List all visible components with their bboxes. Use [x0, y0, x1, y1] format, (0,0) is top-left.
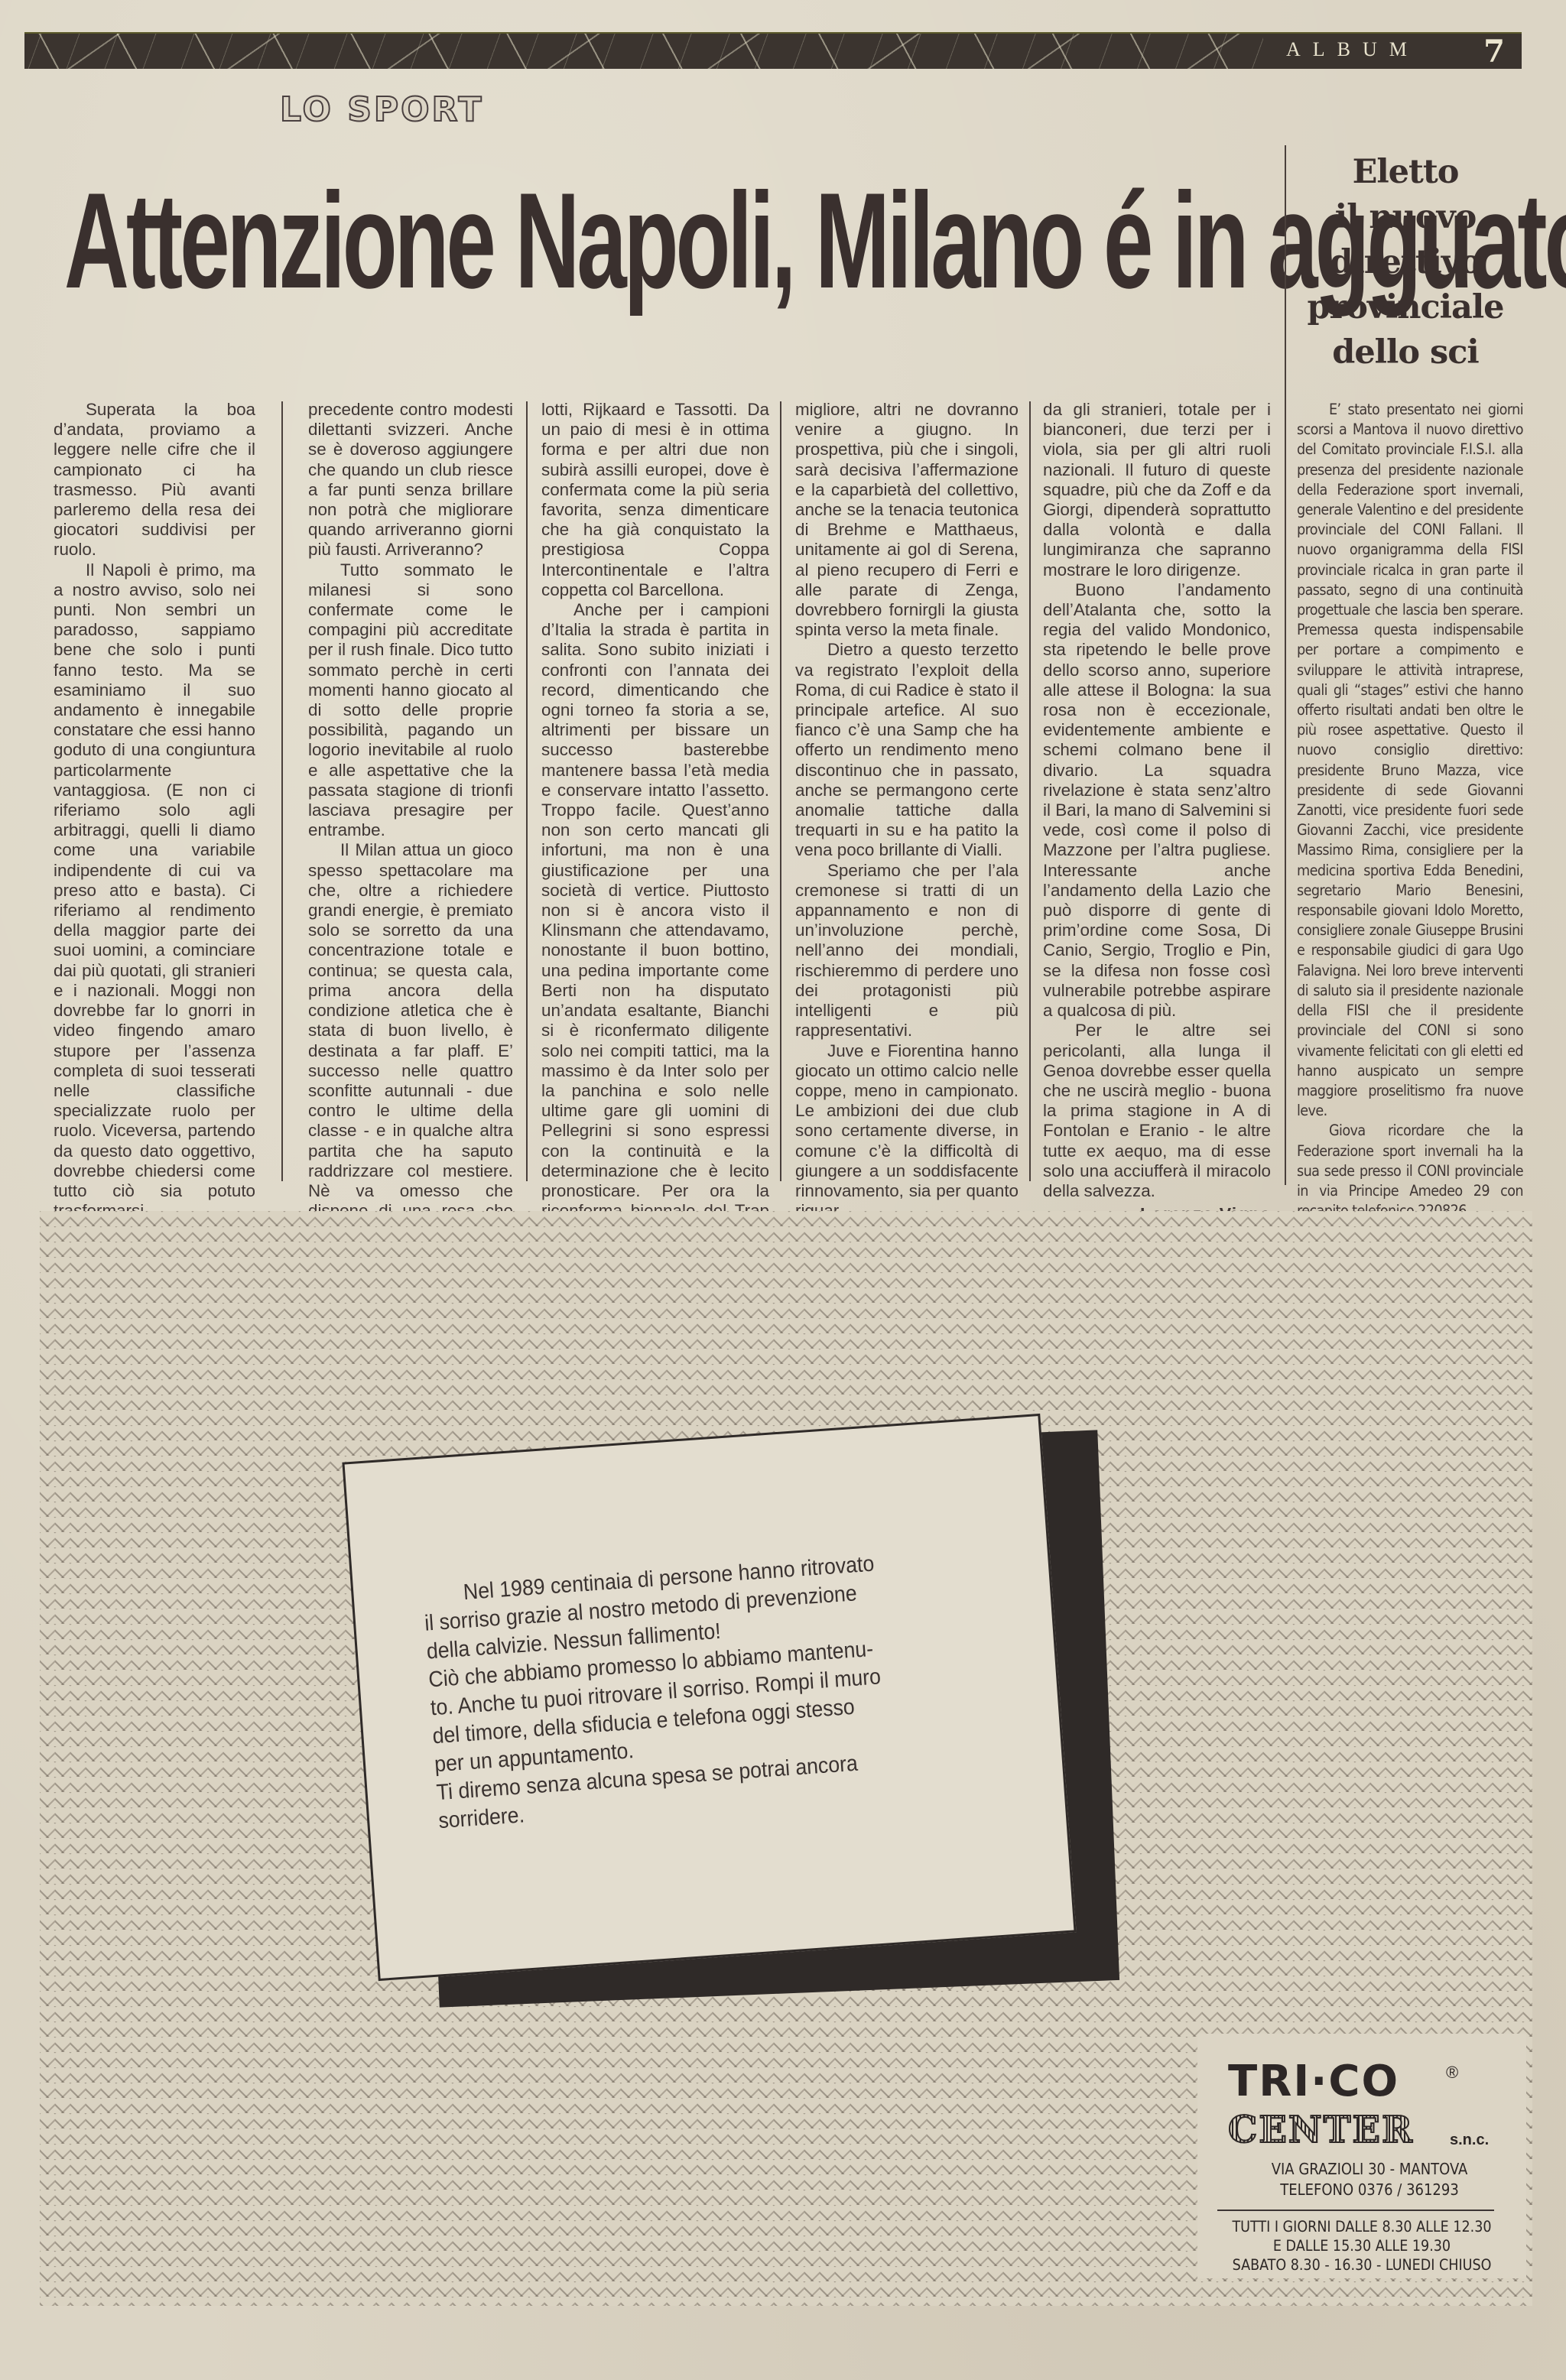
registered-trademark-icon: ® — [1446, 2063, 1458, 2083]
article-column-5: da gli stranieri, totale per i bianconer… — [1043, 400, 1271, 1224]
article-paragraph: Anche per i campioni d’Italia la strada … — [541, 600, 769, 1242]
article-paragraph: Juve e Fiorentina hanno giocato un ottim… — [795, 1041, 1019, 1222]
brand-phone: TELEFONO 0376 / 361293 — [1243, 2180, 1496, 2199]
sidebar-headline-line: il nuovo — [1291, 195, 1520, 240]
column-divider — [780, 401, 781, 1181]
article-paragraph: Per le altre sei pericolanti, alla lunga… — [1043, 1021, 1271, 1201]
masthead-publication-label: ALBUM — [1286, 38, 1419, 61]
opening-hours-line: TUTTI I GIORNI DALLE 8.30 ALLE 12.30 — [1213, 2217, 1511, 2236]
brand-address: VIA GRAZIOLI 30 - MANTOVA — [1243, 2160, 1496, 2178]
article-column-2: precedente contro modesti dilettanti svi… — [308, 400, 513, 1342]
article-paragraph: Buono l’andamento dell’Atalanta che, sot… — [1043, 580, 1271, 1021]
main-headline: Attenzione Napoli, Milano é in agguato — [64, 164, 852, 317]
column-divider — [1029, 401, 1031, 1181]
column-divider — [281, 401, 283, 1181]
brand-logo-name: TRI·CO — [1228, 2057, 1399, 2106]
article-paragraph: da gli stranieri, totale per i bianconer… — [1043, 400, 1271, 580]
section-label: LO SPORT — [280, 90, 483, 129]
opening-hours-line: E DALLE 15.30 ALLE 19.30 — [1213, 2236, 1511, 2255]
sidebar-article-column: E’ stato presentato nei giorni scorsi a … — [1297, 400, 1523, 1249]
brand-logo-center: CENTER — [1228, 2109, 1414, 2151]
article-paragraph: lotti, Rijkaard e Tassotti. Da un paio d… — [541, 400, 769, 600]
column-divider — [1285, 145, 1286, 1185]
column-divider — [526, 401, 528, 1181]
article-paragraph: Speriamo che per l’ala cremonese si trat… — [795, 861, 1019, 1041]
article-column-3: lotti, Rijkaard e Tassotti. Da un paio d… — [541, 400, 769, 1242]
article-paragraph: Dietro a questo terzetto va registrato l… — [795, 640, 1019, 860]
article-paragraph: Tutto sommato le milanesi si sono confer… — [308, 560, 513, 841]
advertisement-card: Nel 1989 centinaia di persone hanno ritr… — [342, 1414, 1076, 1981]
advertiser-logo-block: TRI·CO ® CENTER s.n.c. VIA GRAZIOLI 30 -… — [1197, 2034, 1526, 2278]
opening-hours: TUTTI I GIORNI DALLE 8.30 ALLE 12.30 E D… — [1213, 2217, 1511, 2274]
sidebar-headline-line: Eletto — [1291, 150, 1520, 195]
masthead-band: ALBUM 7 — [24, 32, 1522, 69]
page-number: 7 — [1483, 34, 1505, 69]
article-column-4: migliore, altri ne dovranno venire a giu… — [795, 400, 1019, 1221]
sidebar-headline-line: provinciale — [1291, 285, 1520, 330]
sidebar-headline: Eletto il nuovo direttivo provinciale de… — [1291, 150, 1520, 375]
article-paragraph: Superata la boa d’andata, proviamo a leg… — [54, 400, 255, 560]
opening-hours-line: SABATO 8.30 - 16.30 - LUNEDI CHIUSO — [1213, 2255, 1511, 2274]
article-paragraph: precedente contro modesti dilettanti svi… — [308, 400, 513, 560]
sidebar-headline-line: direttivo — [1291, 240, 1520, 285]
sidebar-headline-line: dello sci — [1291, 330, 1520, 375]
article-paragraph: migliore, altri ne dovranno venire a giu… — [795, 400, 1019, 640]
sidebar-paragraph: Giova ricordare che la Federazione sport… — [1297, 1121, 1523, 1221]
masthead-crackle-texture — [24, 34, 1263, 69]
advertisement-message: Nel 1989 centinaia di persone hanno ritr… — [422, 1545, 959, 1836]
brand-company-type: s.n.c. — [1450, 2132, 1489, 2149]
logo-divider — [1217, 2210, 1494, 2211]
sidebar-paragraph: E’ stato presentato nei giorni scorsi a … — [1297, 400, 1523, 1121]
